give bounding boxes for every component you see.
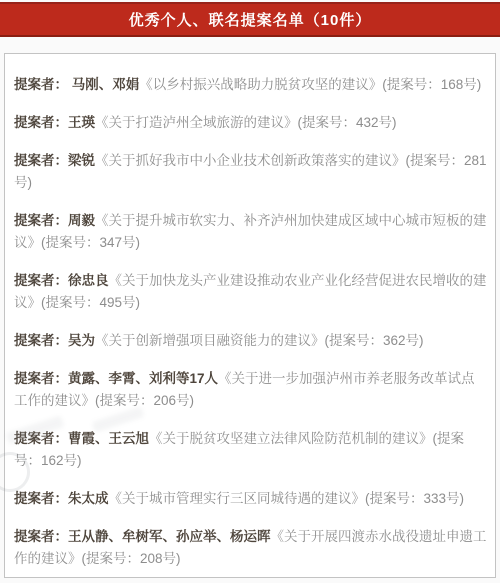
proposal-list: 提案者： 马刚、邓娟《以乡村振兴战略助力脱贫攻坚的建议》(提案号：168号) 提… bbox=[4, 53, 496, 578]
proposal-detail: 《关于城市管理实行三区同城待遇的建议》(提案号：333号) bbox=[109, 491, 465, 506]
proposer-names: 王从静、牟树军、孙应举、杨运晖 bbox=[68, 529, 271, 544]
proposer-names: 朱太成 bbox=[68, 491, 109, 506]
proposal-row: 提案者：王瑛《关于打造泸州全域旅游的建议》(提案号：432号) bbox=[14, 112, 487, 134]
proposal-row: 提案者：吴为《关于创新增强项目融资能力的建议》(提案号：362号) bbox=[14, 330, 487, 352]
proposal-detail: 《关于打造泸州全域旅游的建议》(提案号：432号) bbox=[95, 115, 397, 130]
proposer-names: 周毅 bbox=[68, 213, 95, 228]
proposal-row: 提案者：朱太成《关于城市管理实行三区同城待遇的建议》(提案号：333号) bbox=[14, 488, 487, 510]
proposer-names: 徐忠良 bbox=[68, 273, 109, 288]
proposal-detail: 《以乡村振兴战略助力脱贫攻坚的建议》(提案号：168号) bbox=[139, 77, 481, 92]
proposer-label: 提案者： bbox=[14, 273, 68, 288]
proposer-label: 提案者： bbox=[14, 529, 68, 544]
proposal-row: 提案者： 马刚、邓娟《以乡村振兴战略助力脱贫攻坚的建议》(提案号：168号) bbox=[14, 74, 487, 96]
proposer-label: 提案者： bbox=[14, 371, 68, 386]
header-bar: 优秀个人、联名提案名单（10件） bbox=[0, 2, 500, 37]
proposal-row: 提案者：黄露、李霄、刘利等17人《关于进一步加强泸州市养老服务改革试点工作的建议… bbox=[14, 368, 487, 412]
proposer-names: 黄露、李霄、刘利等17人 bbox=[68, 371, 218, 386]
page-title: 优秀个人、联名提案名单（10件） bbox=[129, 9, 372, 30]
proposer-names: 马刚、邓娟 bbox=[68, 77, 139, 92]
proposal-row: 提案者：梁锐《关于抓好我市中小企业技术创新政策落实的建议》(提案号：281号) bbox=[14, 150, 487, 194]
proposal-detail: 《关于创新增强项目融资能力的建议》(提案号：362号) bbox=[95, 333, 424, 348]
proposal-row: 提案者：王从静、牟树军、孙应举、杨运晖《关于开展四渡赤水战役遗址申遗工作的建议》… bbox=[14, 526, 487, 570]
proposal-row: 提案者：曹霞、王云旭《关于脱贫攻坚建立法律风险防范机制的建议》(提案号：162号… bbox=[14, 428, 487, 472]
proposer-label: 提案者： bbox=[14, 213, 68, 228]
proposal-row: 提案者：徐忠良《关于加快龙头产业建设推动农业产业化经营促进农民增收的建议》(提案… bbox=[14, 270, 487, 314]
proposer-label: 提案者： bbox=[14, 333, 68, 348]
proposer-names: 吴为 bbox=[68, 333, 95, 348]
proposer-label: 提案者： bbox=[14, 77, 68, 92]
proposer-label: 提案者： bbox=[14, 153, 68, 168]
proposer-label: 提案者： bbox=[14, 491, 68, 506]
proposal-row: 提案者：周毅《关于提升城市软实力、补齐泸州加快建成区域中心城市短板的建议》(提案… bbox=[14, 210, 487, 254]
proposer-label: 提案者： bbox=[14, 115, 68, 130]
proposer-names: 曹霞、王云旭 bbox=[68, 431, 149, 446]
proposer-names: 梁锐 bbox=[68, 153, 95, 168]
proposer-names: 王瑛 bbox=[68, 115, 95, 130]
